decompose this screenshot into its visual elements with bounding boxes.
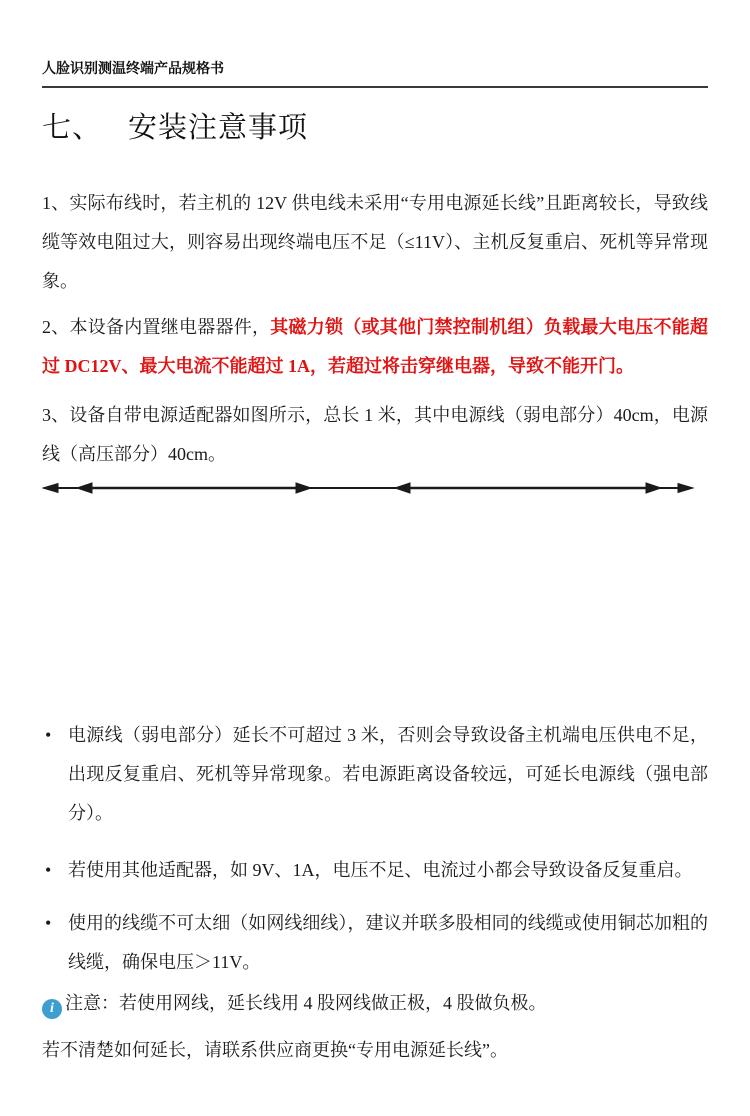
cable-dimension-diagram [42,476,708,500]
document-title: 人脸识别测温终端产品规格书 [42,58,708,78]
note-row: i注意：若使用网线，延长线用 4 股网线做正极，4 股做负极。 [42,984,708,1023]
section-heading: 七、安装注意事项 [42,110,708,146]
precaution-bullet-list: • 电源线（弱电部分）延长不可超过 3 米，否则会导致设备主机端电压供电不足，出… [42,716,708,982]
paragraph-wiring-warning: 1、实际布线时，若主机的 12V 供电线未采用“专用电源延长线”且距离较长，导致… [42,184,708,301]
list-item: • 使用的线缆不可太细（如网线细线），建议并联多股相同的线缆或使用铜芯加粗的线缆… [42,904,708,982]
bullet-icon: • [42,904,68,982]
section-title: 安装注意事项 [128,112,308,144]
bullet-text-cable-thickness: 使用的线缆不可太细（如网线细线），建议并联多股相同的线缆或使用铜芯加粗的线缆，确… [68,904,708,982]
bullet-icon: • [42,716,68,833]
dimension-arrows-graphic [42,476,708,500]
bullet-icon: • [42,851,68,890]
page-header: 人脸识别测温终端产品规格书 [42,0,708,88]
list-item: • 若使用其他适配器，如 9V、1A，电压不足、电流过小都会导致设备反复重启。 [42,851,708,890]
paragraph-adapter-length: 3、设备自带电源适配器如图所示，总长 1 米，其中电源线（弱电部分）40cm，电… [42,396,708,474]
paragraph-relay-warning: 2、本设备内置继电器器件，其磁力锁（或其他门禁控制机组）负载最大电压不能超过 D… [42,308,708,386]
high-voltage-segment-arrow [395,483,661,493]
bullet-text-weak-current-limit: 电源线（弱电部分）延长不可超过 3 米，否则会导致设备主机端电压供电不足，出现反… [68,716,708,833]
header-divider-line [42,86,708,88]
bullet-text-other-adapter: 若使用其他适配器，如 9V、1A，电压不足、电流过小都会导致设备反复重启。 [68,851,708,890]
weak-current-segment-arrow [77,483,311,493]
paragraph-relay-intro: 2、本设备内置继电器器件， [42,317,270,337]
note-text: 注意：若使用网线，延长线用 4 股网线做正极，4 股做负极。 [65,993,547,1013]
info-icon: i [42,999,62,1019]
footer-note-text: 若不清楚如何延长，请联系供应商更换“专用电源延长线”。 [42,1031,708,1070]
section-number: 七、 [42,112,102,144]
document-page: 人脸识别测温终端产品规格书 七、安装注意事项 1、实际布线时，若主机的 12V … [0,0,750,1070]
list-item: • 电源线（弱电部分）延长不可超过 3 米，否则会导致设备主机端电压供电不足，出… [42,716,708,833]
